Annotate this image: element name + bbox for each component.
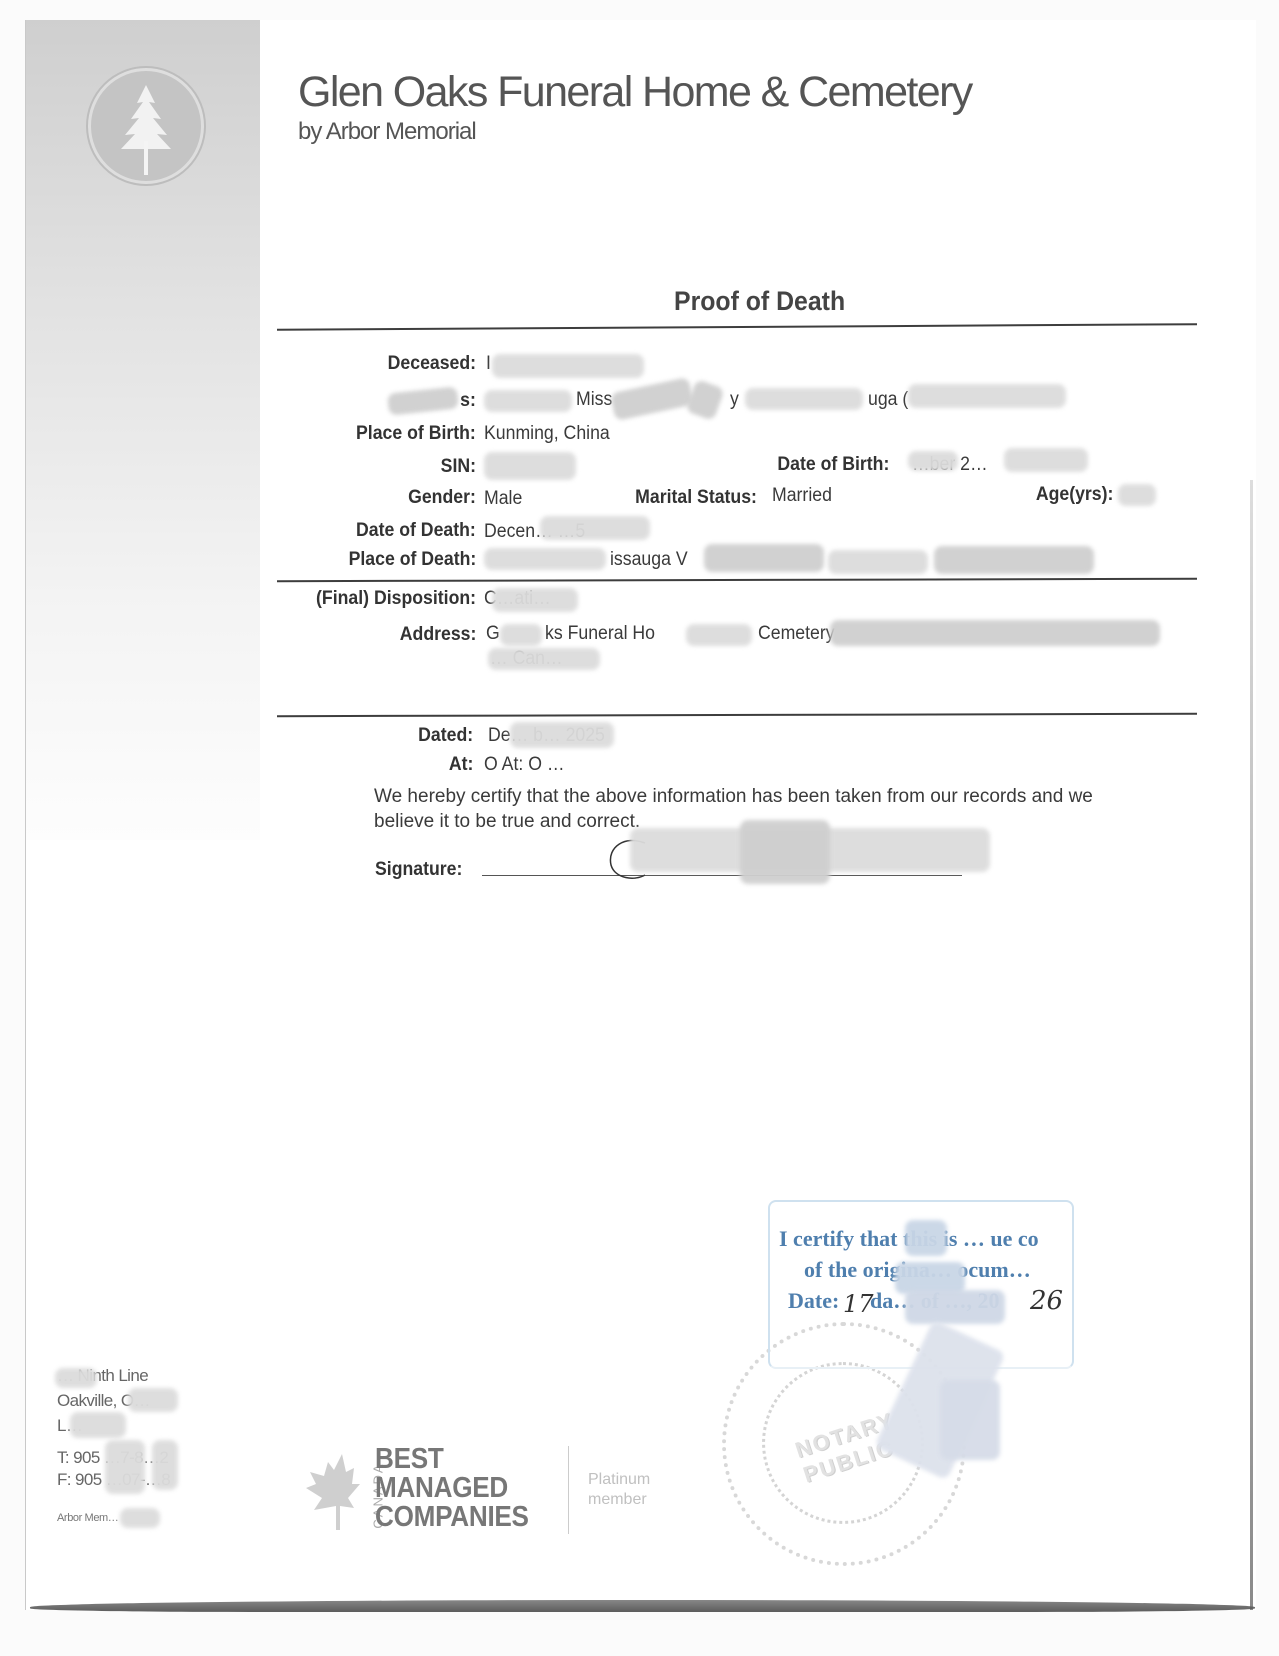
stamp-date-label: Date:	[788, 1288, 839, 1314]
document-title: Proof of Death	[674, 286, 845, 317]
redaction	[128, 1388, 178, 1412]
redaction	[484, 390, 572, 412]
redaction	[745, 388, 863, 410]
page-bottom-shadow	[30, 1600, 1255, 1612]
maple-leaf-icon	[302, 1452, 360, 1532]
redaction	[152, 1440, 178, 1490]
disposition-address-fragment: G	[486, 623, 500, 645]
place-of-birth-value: Kunming, China	[484, 423, 610, 445]
date-of-death-label: Date of Death:	[356, 520, 476, 542]
disposition-address-label: Address:	[399, 624, 476, 646]
place-of-death-value: issauga V	[610, 549, 688, 571]
place-of-birth-label: Place of Birth:	[356, 423, 476, 445]
gender-label: Gender:	[408, 487, 476, 509]
deceased-value: I	[486, 353, 491, 375]
redaction	[540, 516, 650, 540]
signature-redaction	[740, 820, 830, 884]
address-fragment: y	[730, 389, 739, 411]
redaction	[828, 550, 928, 574]
redaction	[55, 1368, 97, 1388]
redaction	[70, 1412, 126, 1438]
redaction	[908, 451, 958, 471]
dated-label: Dated:	[418, 725, 473, 747]
redaction	[492, 588, 578, 612]
signature-line	[482, 875, 962, 876]
company-subtitle: by Arbor Memorial	[298, 118, 476, 146]
disposition-address-fragment: Cemetery	[758, 623, 835, 645]
redaction	[686, 624, 752, 646]
bmc-divider	[568, 1446, 569, 1534]
redaction	[488, 648, 600, 670]
redaction	[510, 722, 614, 748]
stamp-redaction	[905, 1290, 1005, 1324]
gender-value: Male	[484, 488, 522, 510]
bmc-member-line-1: Platinum	[588, 1471, 650, 1489]
bmc-member-line-2: member	[588, 1491, 647, 1509]
at-value: O At: O …	[484, 754, 565, 776]
tree-in-circle-icon	[88, 68, 204, 184]
deceased-label: Deceased:	[388, 353, 476, 375]
disposition-label: (Final) Disposition:	[316, 588, 476, 610]
redaction	[830, 620, 1160, 646]
at-label: At:	[448, 754, 473, 776]
age-label: Age(yrs):	[1035, 484, 1113, 506]
redaction	[704, 544, 824, 572]
disposition-address-fragment: ks Funeral Ho	[545, 623, 655, 645]
redaction	[500, 624, 542, 646]
redaction	[492, 354, 644, 378]
stamp-redaction	[905, 1220, 947, 1256]
place-of-death-label: Place of Death:	[348, 549, 476, 571]
redaction	[908, 384, 1066, 408]
redaction	[1118, 484, 1156, 506]
date-of-birth-label: Date of Birth:	[777, 454, 889, 476]
marital-status-value: Married	[772, 485, 832, 507]
sin-label: SIN:	[441, 456, 476, 478]
footer-small-text: Arbor Mem…	[57, 1512, 118, 1524]
redaction	[120, 1508, 160, 1528]
redaction	[1004, 448, 1088, 472]
redaction	[484, 452, 576, 480]
redaction	[934, 546, 1094, 574]
bmc-line-3: COMPANIES	[375, 1501, 529, 1534]
page-edge	[1250, 480, 1253, 1610]
stamp-year-handwritten: 26	[1030, 1286, 1063, 1316]
marital-status-label: Marital Status:	[635, 487, 757, 509]
address-label: s:	[460, 390, 476, 412]
stamp-redaction	[940, 1380, 1000, 1460]
redaction	[484, 548, 606, 570]
stamp-day-handwritten: 17	[843, 1290, 874, 1318]
company-name: Glen Oaks Funeral Home & Cemetery	[298, 68, 972, 117]
redaction	[105, 1440, 145, 1494]
signature-label: Signature:	[375, 859, 462, 881]
address-fragment: Miss	[576, 389, 612, 411]
address-fragment: uga (	[868, 389, 908, 411]
